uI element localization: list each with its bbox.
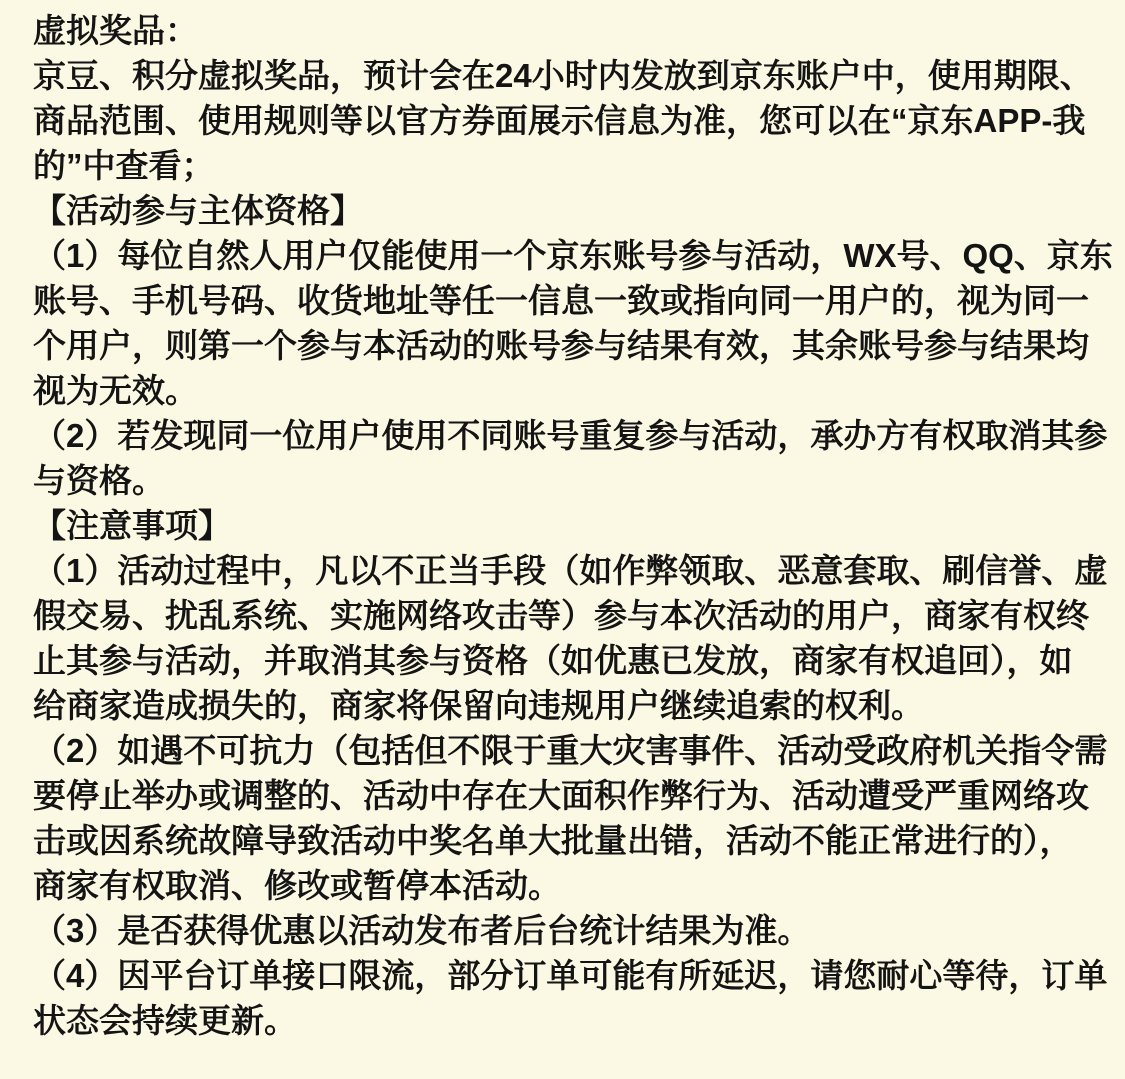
text-line: （1）活动过程中，凡以不正当手段（如作弊领取、恶意套取、刷信誉、虚 [33,548,1097,593]
heading-participation-eligibility: 【活动参与主体资格】 [33,188,1097,233]
text-line: （1）每位自然人用户仅能使用一个京东账号参与活动，WX号、QQ、京东 [33,233,1097,278]
text-line: 状态会持续更新。 [33,998,1097,1043]
text-line: （3）是否获得优惠以活动发布者后台统计结果为准。 [33,908,1097,953]
text-line: 账号、手机号码、收货地址等任一信息一致或指向同一用户的，视为同一 [33,278,1097,323]
text-line: 的”中查看； [33,143,1097,188]
text-line: 个用户，则第一个参与本活动的账号参与结果有效，其余账号参与结果均 [33,323,1097,368]
text-line: 假交易、扰乱系统、实施网络攻击等）参与本次活动的用户，商家有权终 [33,593,1097,638]
text-line: 给商家造成损失的，商家将保留向违规用户继续追索的权利。 [33,683,1097,728]
text-line: 商品范围、使用规则等以官方券面展示信息为准，您可以在“京东APP-我 [33,98,1097,143]
text-line: （2）若发现同一位用户使用不同账号重复参与活动，承办方有权取消其参 [33,413,1097,458]
activity-rules-document: 虚拟奖品： 京豆、积分虚拟奖品，预计会在24小时内发放到京东账户中，使用期限、 … [0,0,1125,1079]
text-line: 视为无效。 [33,368,1097,413]
text-line: （2）如遇不可抗力（包括但不限于重大灾害事件、活动受政府机关指令需 [33,728,1097,773]
heading-notes: 【注意事项】 [33,503,1097,548]
text-line: （4）因平台订单接口限流，部分订单可能有所延迟，请您耐心等待，订单 [33,953,1097,998]
text-line: 与资格。 [33,458,1097,503]
text-line: 京豆、积分虚拟奖品，预计会在24小时内发放到京东账户中，使用期限、 [33,53,1097,98]
text-line: 要停止举办或调整的、活动中存在大面积作弊行为、活动遭受严重网络攻 [33,773,1097,818]
heading-virtual-prizes: 虚拟奖品： [33,8,1097,53]
text-line: 止其参与活动，并取消其参与资格（如优惠已发放，商家有权追回），如 [33,638,1097,683]
text-line: 击或因系统故障导致活动中奖名单大批量出错，活动不能正常进行的）， [33,818,1097,863]
text-line: 商家有权取消、修改或暂停本活动。 [33,863,1097,908]
